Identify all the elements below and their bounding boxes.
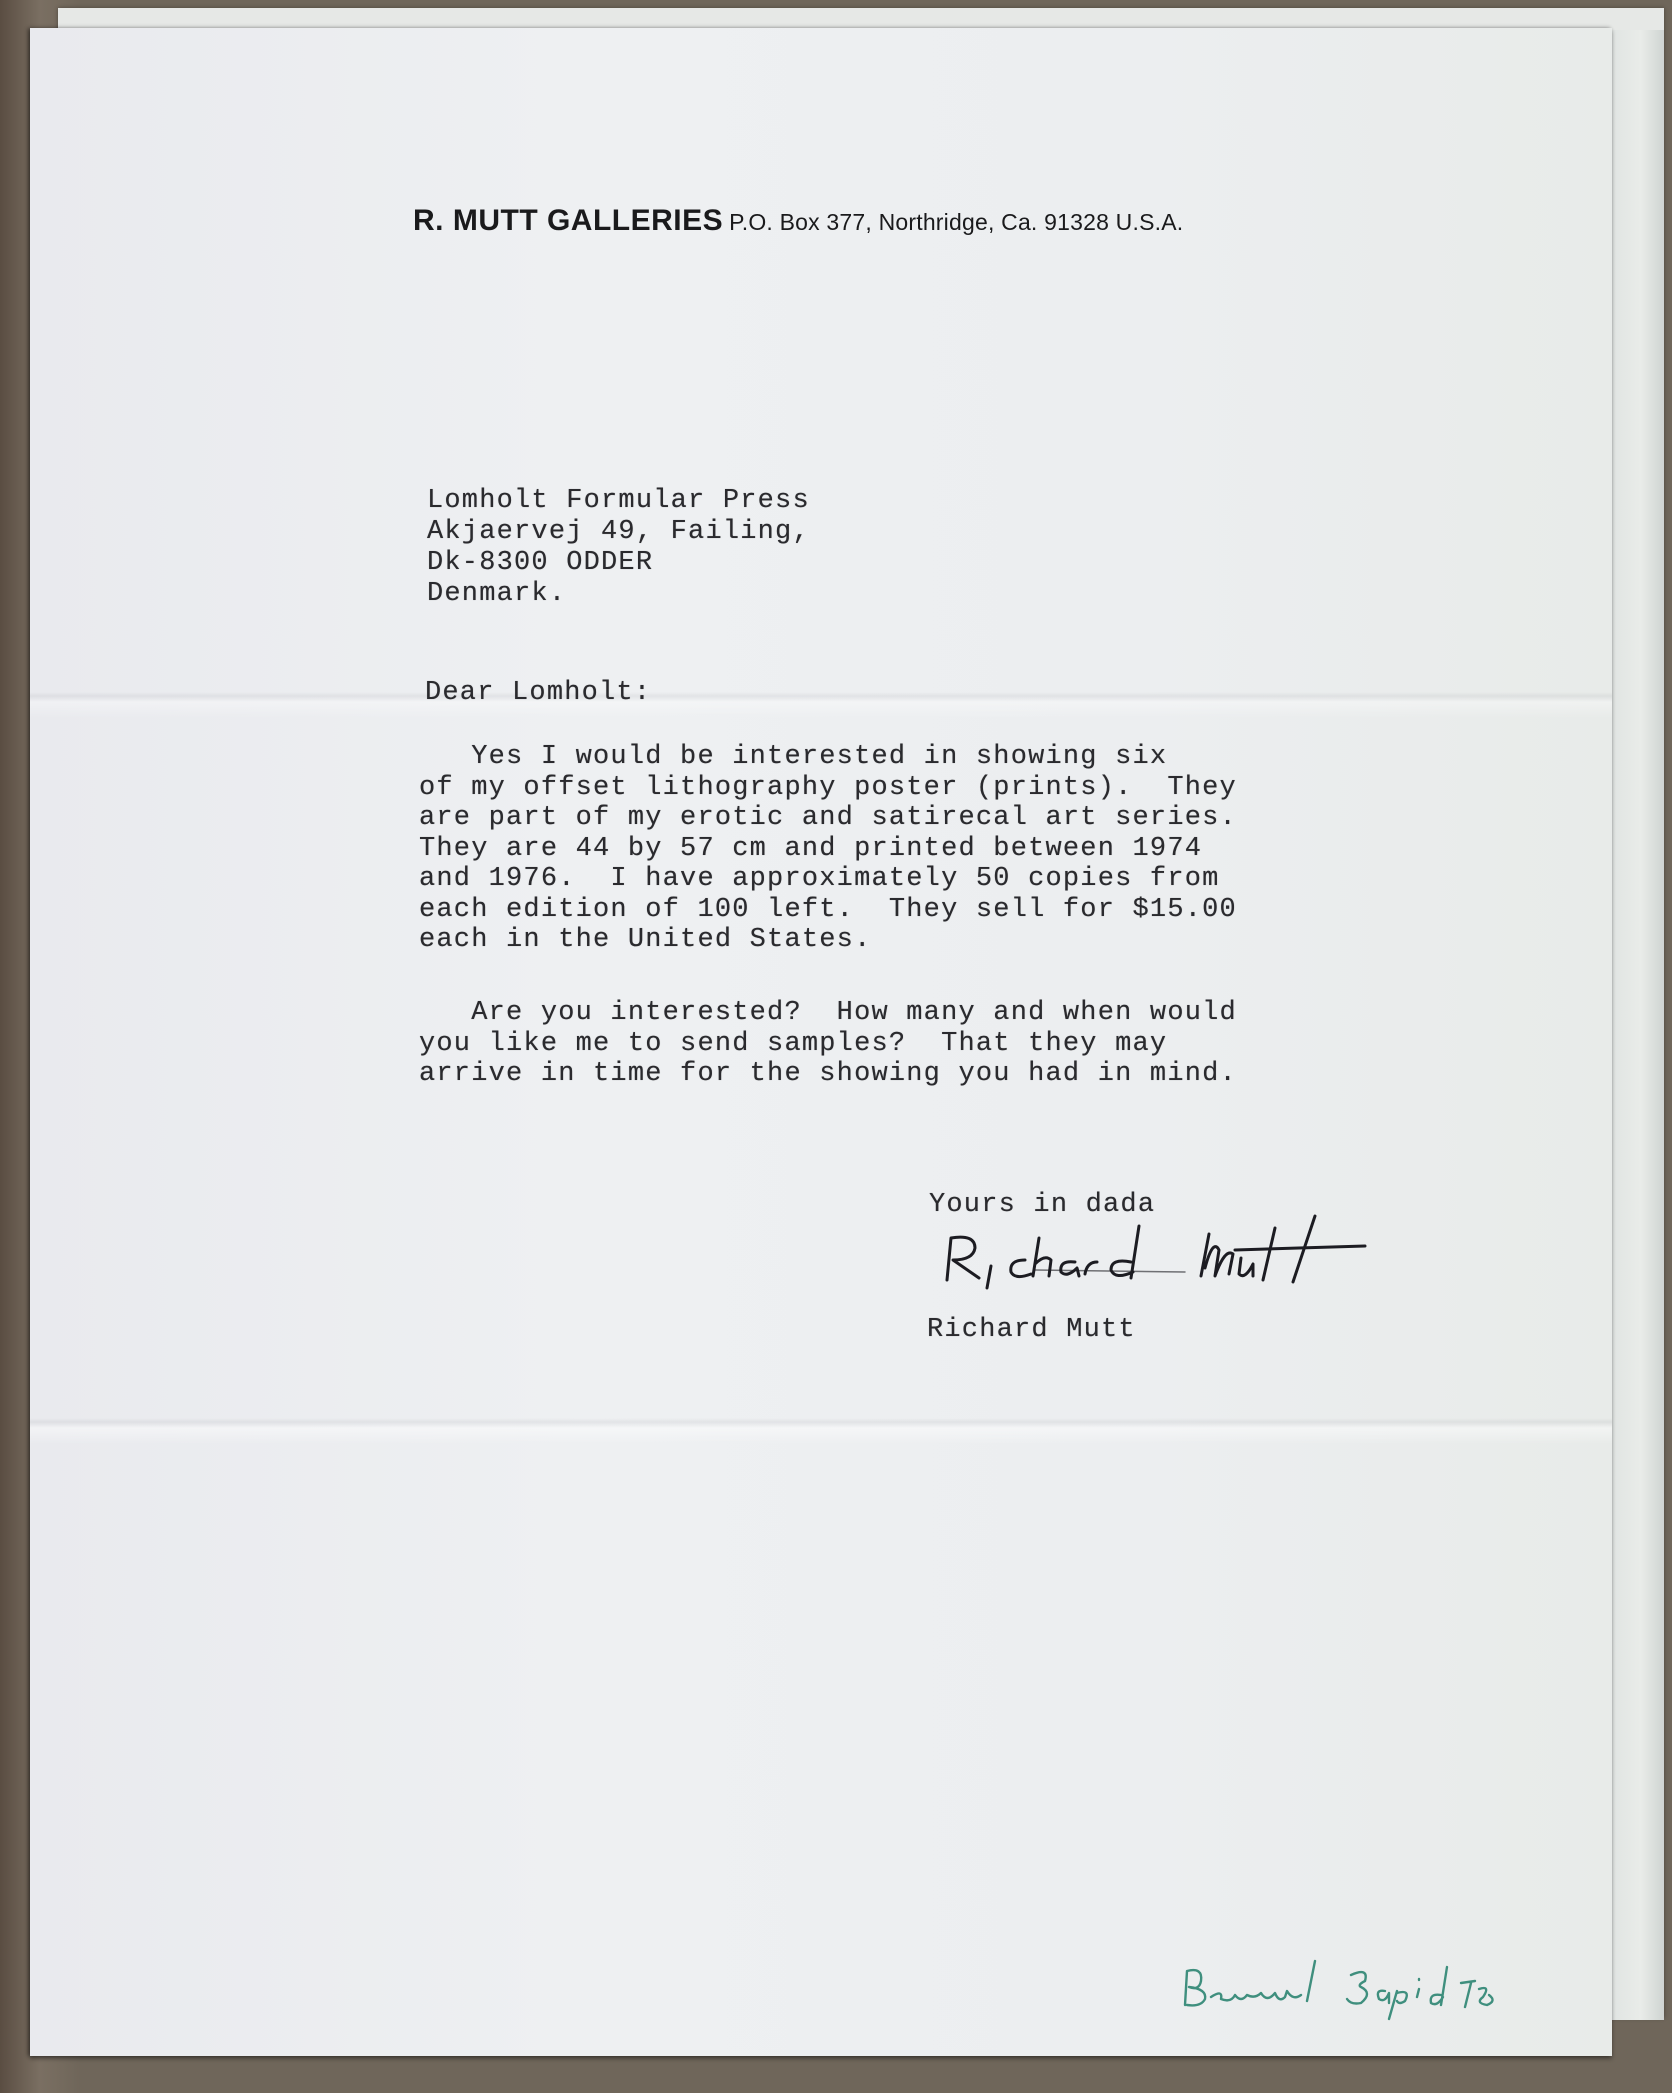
gallery-name: R. MUTT GALLERIES (413, 204, 723, 237)
body-line: arrive in time for the showing you had i… (419, 1059, 1237, 1089)
body-paragraph-1: Yes I would be interested in showing six… (419, 742, 1237, 956)
annotation-icon (1175, 1953, 1595, 2023)
letter-page: R. MUTT GALLERIESP.O. Box 377, Northridg… (30, 28, 1612, 2056)
body-line: are part of my erotic and satirecal art … (419, 803, 1237, 833)
recipient-line: Lomholt Formular Press (427, 486, 810, 516)
handwritten-signature (935, 1208, 1405, 1318)
body-line: and 1976. I have approximately 50 copies… (419, 864, 1220, 894)
underlying-sheet-edge (1606, 30, 1664, 2020)
recipient-line: Akjaervej 49, Failing, (427, 517, 810, 547)
signature-icon (935, 1208, 1405, 1313)
recipient-address: Lomholt Formular Press Akjaervej 49, Fai… (427, 486, 810, 610)
body-line: Yes I would be interested in showing six (419, 742, 1167, 772)
body-line: each edition of 100 left. They sell for … (419, 895, 1237, 925)
body-line: you like me to send samples? That they m… (419, 1029, 1167, 1059)
recipient-line: Denmark. (427, 579, 566, 609)
body-line: They are 44 by 57 cm and printed between… (419, 834, 1202, 864)
typed-signer-name: Richard Mutt (927, 1315, 1136, 1346)
recipient-line: Dk-8300 ODDER (427, 548, 653, 578)
body-line: Are you interested? How many and when wo… (419, 998, 1237, 1028)
gallery-address: P.O. Box 377, Northridge, Ca. 91328 U.S.… (729, 209, 1183, 235)
salutation: Dear Lomholt: (425, 678, 651, 709)
handwritten-annotation (1175, 1953, 1595, 2028)
letterhead: R. MUTT GALLERIESP.O. Box 377, Northridg… (413, 204, 1183, 238)
body-paragraph-2: Are you interested? How many and when wo… (419, 998, 1237, 1090)
body-line: of my offset lithography poster (prints)… (419, 773, 1237, 803)
body-line: each in the United States. (419, 925, 871, 955)
